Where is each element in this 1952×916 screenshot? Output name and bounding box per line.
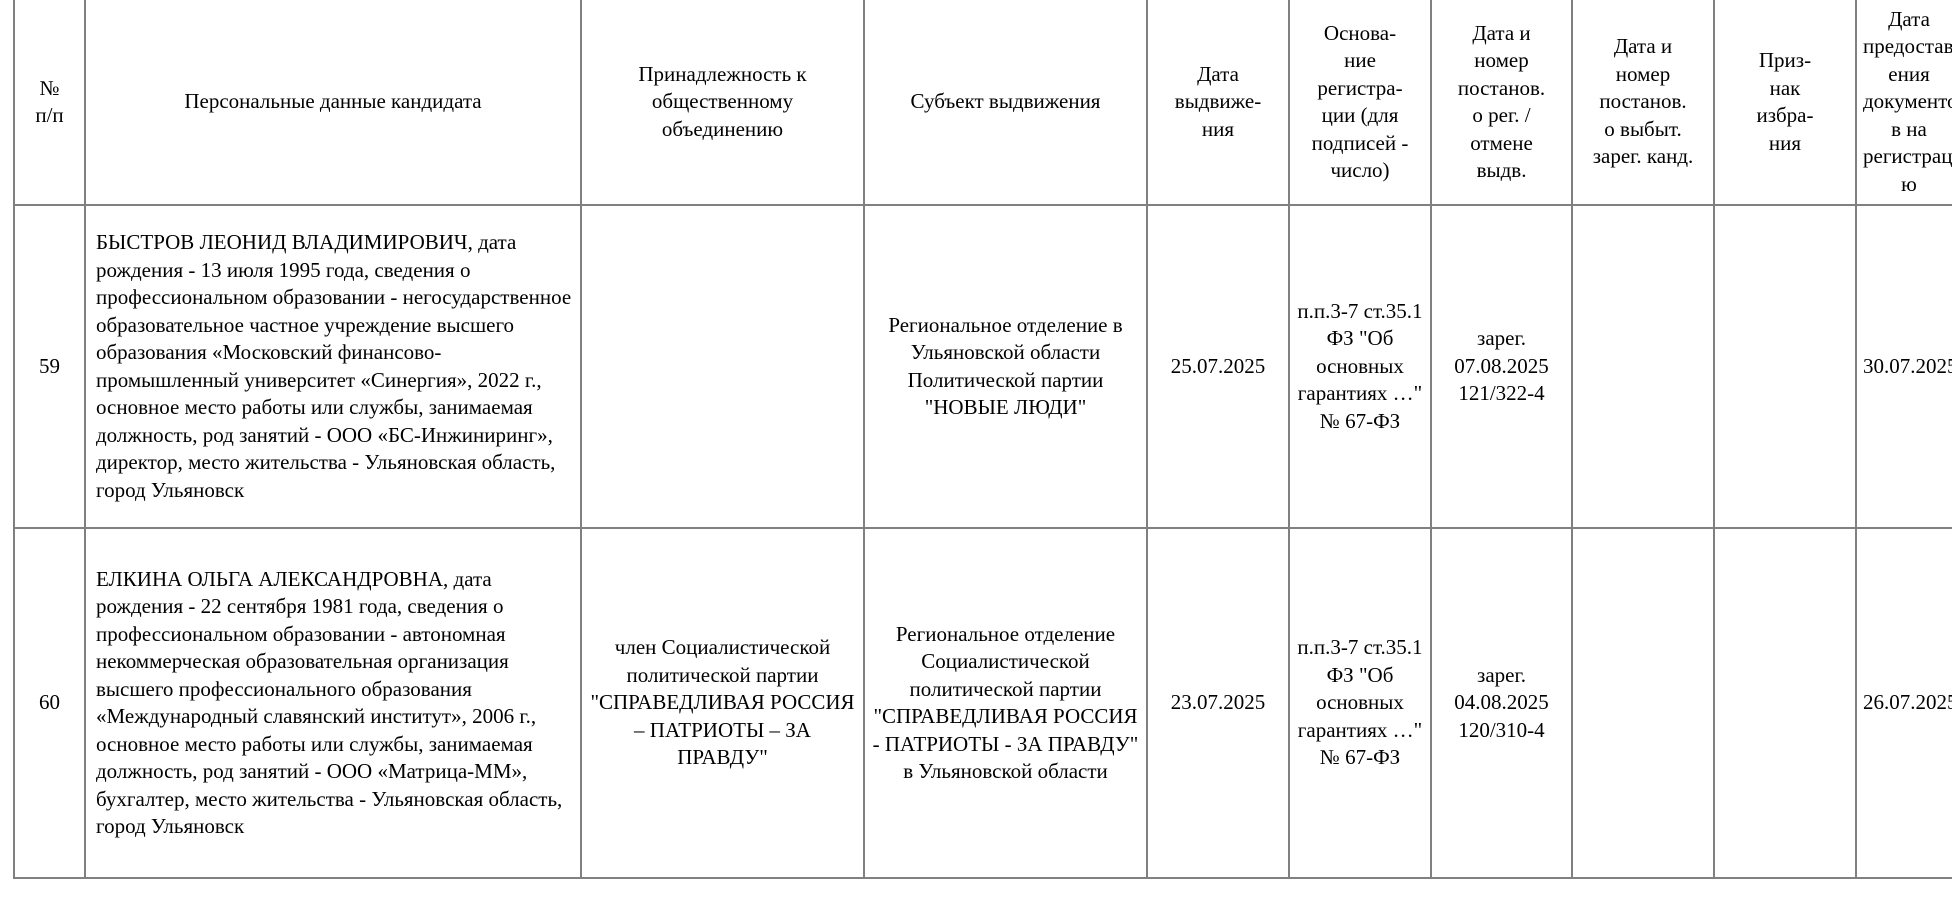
registration-decision: зарег. 04.08.2025 120/310-4 (1431, 528, 1572, 878)
candidates-table: № п/п Персональные данные кандидата Прин… (13, 0, 1952, 879)
election-mark (1714, 205, 1856, 528)
registration-basis: п.п.3-7 ст.35.1 ФЗ "Об основных гарантия… (1289, 205, 1431, 528)
candidate-personal-data: ЕЛКИНА ОЛЬГА АЛЕКСАНДРОВНА, дата рождени… (85, 528, 581, 878)
documents-date: 30.07.2025 (1856, 205, 1952, 528)
header-nominator: Субъект выдвижения (864, 0, 1147, 205)
election-mark (1714, 528, 1856, 878)
nomination-date: 25.07.2025 (1147, 205, 1289, 528)
table-row: 59 БЫСТРОВ ЛЕОНИД ВЛАДИМИРОВИЧ, дата рож… (14, 205, 1952, 528)
registration-basis: п.п.3-7 ст.35.1 ФЗ "Об основных гарантия… (1289, 528, 1431, 878)
header-affiliation: Принадлежность к общественному объединен… (581, 0, 864, 205)
row-number: 59 (14, 205, 85, 528)
table-row: 60 ЕЛКИНА ОЛЬГА АЛЕКСАНДРОВНА, дата рожд… (14, 528, 1952, 878)
candidate-affiliation: член Социалистической политической парти… (581, 528, 864, 878)
registration-decision: зарег. 07.08.2025 121/322-4 (1431, 205, 1572, 528)
header-personal-data: Персональные данные кандидата (85, 0, 581, 205)
withdrawal-decision (1572, 528, 1714, 878)
withdrawal-decision (1572, 205, 1714, 528)
nomination-date: 23.07.2025 (1147, 528, 1289, 878)
header-registration-decision: Дата и номер постанов. о рег. / отмене в… (1431, 0, 1572, 205)
header-election-mark: Приз- нак избра- ния (1714, 0, 1856, 205)
candidate-nominator: Региональное отделение в Ульяновской обл… (864, 205, 1147, 528)
documents-date: 26.07.2025 (1856, 528, 1952, 878)
header-row: № п/п Персональные данные кандидата Прин… (14, 0, 1952, 205)
header-documents-date: Дата предоставл ения документо в на реги… (1856, 0, 1952, 205)
candidate-personal-data: БЫСТРОВ ЛЕОНИД ВЛАДИМИРОВИЧ, дата рожден… (85, 205, 581, 528)
row-number: 60 (14, 528, 85, 878)
header-number: № п/п (14, 0, 85, 205)
header-nomination-date: Дата выдвиже- ния (1147, 0, 1289, 205)
candidate-nominator: Региональное отделение Социалистической … (864, 528, 1147, 878)
candidate-affiliation (581, 205, 864, 528)
header-withdrawal-decision: Дата и номер постанов. о выбыт. зарег. к… (1572, 0, 1714, 205)
header-registration-basis: Основа- ние регистра- ции (для подписей … (1289, 0, 1431, 205)
